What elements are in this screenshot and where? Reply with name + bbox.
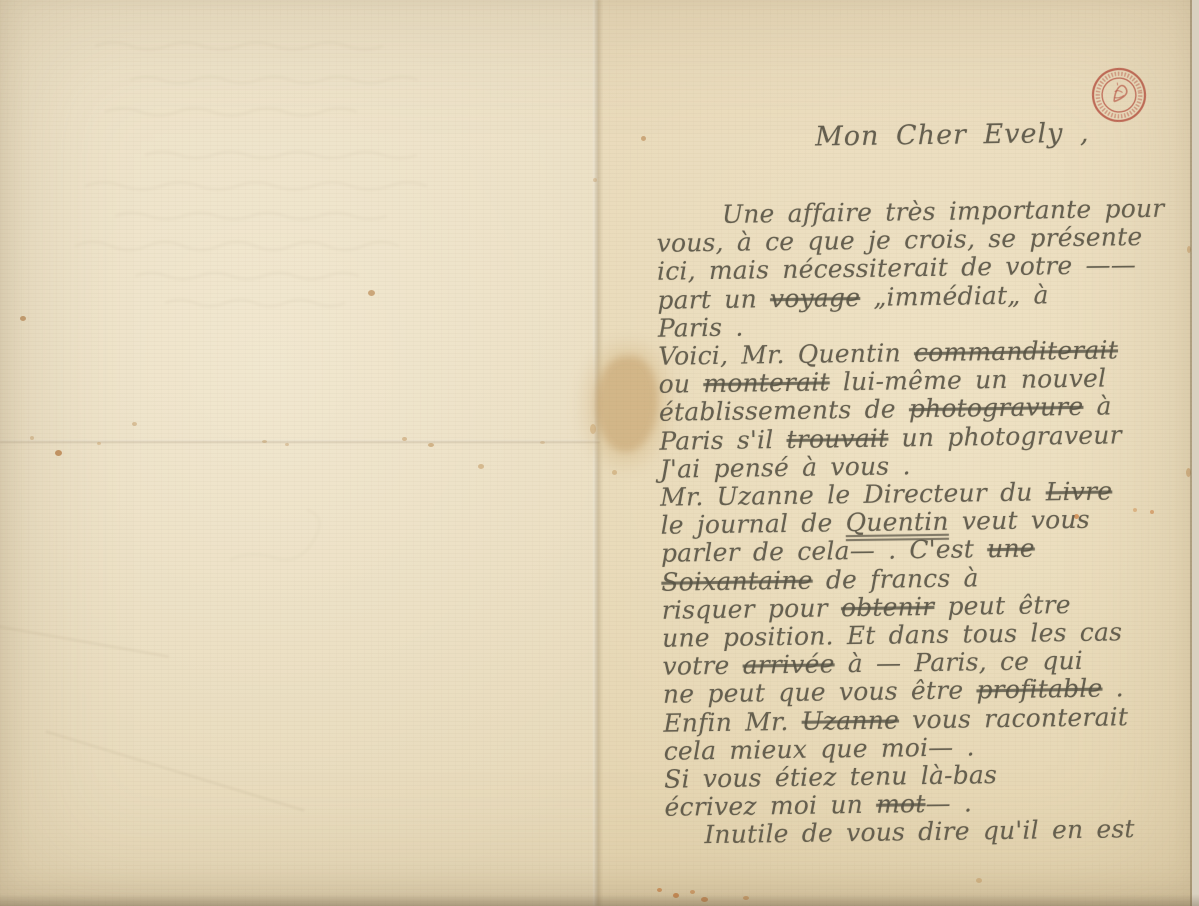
letter-body: Mon Cher Evely , Une affaire très import… (655, 114, 1199, 850)
scanned-letter: Mon Cher Evely , Une affaire très import… (0, 0, 1199, 906)
paper-bottom-edge (0, 894, 1199, 906)
red-ink-collection-stamp-icon (1086, 60, 1152, 129)
paper-right-edge (1190, 0, 1199, 906)
center-fold-crease (593, 0, 602, 906)
horizontal-fold-crease (0, 440, 600, 443)
left-page-blank-verso (0, 0, 598, 906)
